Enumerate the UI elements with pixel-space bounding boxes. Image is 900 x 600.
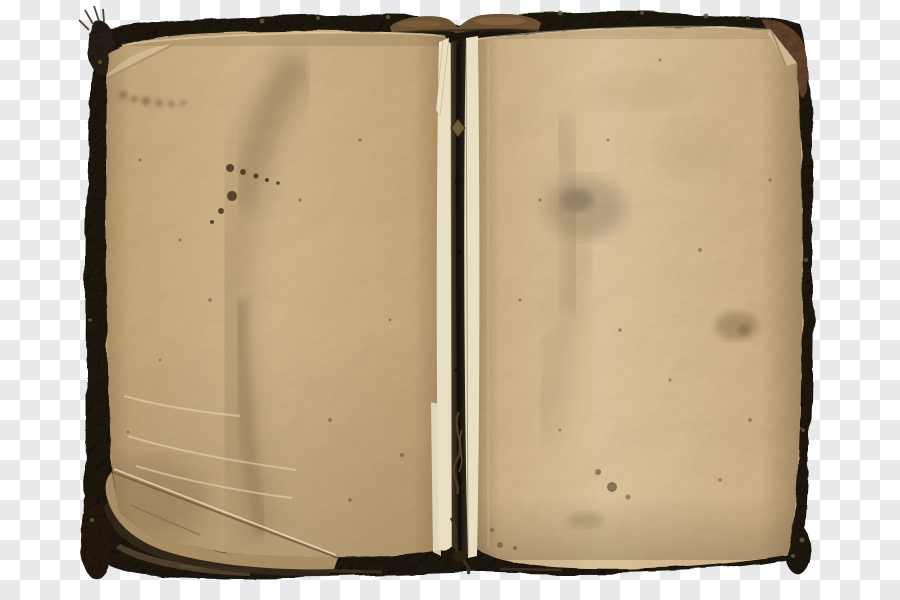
open-book-photo xyxy=(0,0,900,600)
brown-blotch xyxy=(715,312,759,340)
transparency-checkerboard-background xyxy=(0,0,900,600)
spine-gutter xyxy=(431,36,479,574)
right-page xyxy=(467,24,804,569)
gutter-curve-highlight xyxy=(488,44,490,548)
